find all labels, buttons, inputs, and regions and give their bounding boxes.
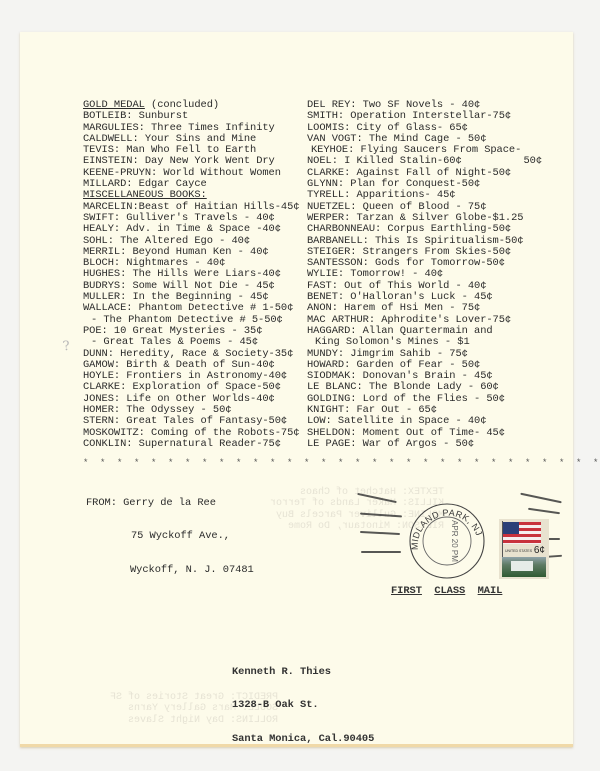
book-listing: HEALY: Adv. in Time & Space -40¢ <box>83 224 300 235</box>
cancellation-line <box>520 493 561 504</box>
stamp-caption: UNITED STATES <box>505 549 532 553</box>
book-listing: LE PAGE: War of Argos - 50¢ <box>307 439 542 450</box>
from-label: FROM: <box>86 497 117 509</box>
recipient-address: Kenneth R. Thies 1328-B Oak St. Santa Mo… <box>232 644 374 768</box>
recipient-city: Santa Monica, Cal.90405 <box>232 734 374 745</box>
heading-label: GOLD MEDAL <box>83 99 145 111</box>
stamp-value: 6¢ <box>534 545 545 556</box>
flag-canton <box>503 522 519 534</box>
first-class-mail-label: FIRST CLASS MAIL <box>391 586 502 597</box>
sender-line-1: FROM: Gerry de la Ree <box>86 498 254 509</box>
book-listing: ANON: Harem of Hsi Men - 75¢ <box>307 303 542 314</box>
right-column: DEL REY: Two SF Novels - 40¢SMITH: Opera… <box>307 100 542 450</box>
section-heading: MISCELLANEOUS BOOKS: <box>83 190 300 201</box>
sender-name: Gerry de la Ree <box>123 497 216 509</box>
sender-street: 75 Wyckoff Ave., <box>86 531 254 542</box>
book-listing: LOW: Satellite in Space - 40¢ <box>307 416 542 427</box>
book-listing: SMITH: Operation Interstellar-75¢ <box>307 111 542 122</box>
postage-stamp: UNITED STATES 6¢ <box>499 519 549 579</box>
book-listing: STERN: Great Tales of Fantasy-50¢ <box>83 416 300 427</box>
recipient-street: 1328-B Oak St. <box>232 700 374 711</box>
book-listing: CHARBONNEAU: Corpus Earthling-50¢ <box>307 224 542 235</box>
fcm-word: FIRST <box>391 585 422 597</box>
sender-address: FROM: Gerry de la Ree 75 Wyckoff Ave., W… <box>86 475 254 599</box>
margin-question-mark: ? <box>62 339 71 355</box>
book-listing: BOTLEIB: Sunburst <box>83 111 300 122</box>
postmark: MIDLAND PARK, NJ 074 APR 20 PM <box>408 502 486 580</box>
book-listing: CONKLIN: Supernatural Reader-75¢ <box>83 439 300 450</box>
book-listing: - Great Tales & Poems - 45¢ <box>83 337 300 348</box>
fcm-word: CLASS <box>434 585 465 597</box>
cancellation-line <box>361 551 401 553</box>
sender-city: Wyckoff, N. J. 07481 <box>86 565 254 576</box>
book-listing: TYRELL: Apparitions- 45¢ <box>307 190 542 201</box>
recipient-name: Kenneth R. Thies <box>232 667 374 678</box>
white-house-icon <box>502 557 546 577</box>
fcm-word: MAIL <box>478 585 503 597</box>
postmark-location: MIDLAND PARK, NJ 074 <box>408 502 485 550</box>
cancellation-line <box>528 508 560 514</box>
book-listing: King Solomon's Mines - $1 <box>307 337 542 348</box>
postmark-date: APR 20 PM <box>450 520 459 562</box>
svg-text:MIDLAND PARK, NJ 074: MIDLAND PARK, NJ 074 <box>408 502 485 550</box>
book-listing: WALLACE: Phantom Detective # 1-50¢ <box>83 303 300 314</box>
mailer-page: TEXTEX: Hatchet of Chaos KILLIS: Maker L… <box>20 32 573 747</box>
left-column: GOLD MEDAL (concluded)BOTLEIB: SunburstM… <box>83 100 300 450</box>
star-separator: * * * * * * * * * * * * * * * * * * * * … <box>83 458 600 469</box>
